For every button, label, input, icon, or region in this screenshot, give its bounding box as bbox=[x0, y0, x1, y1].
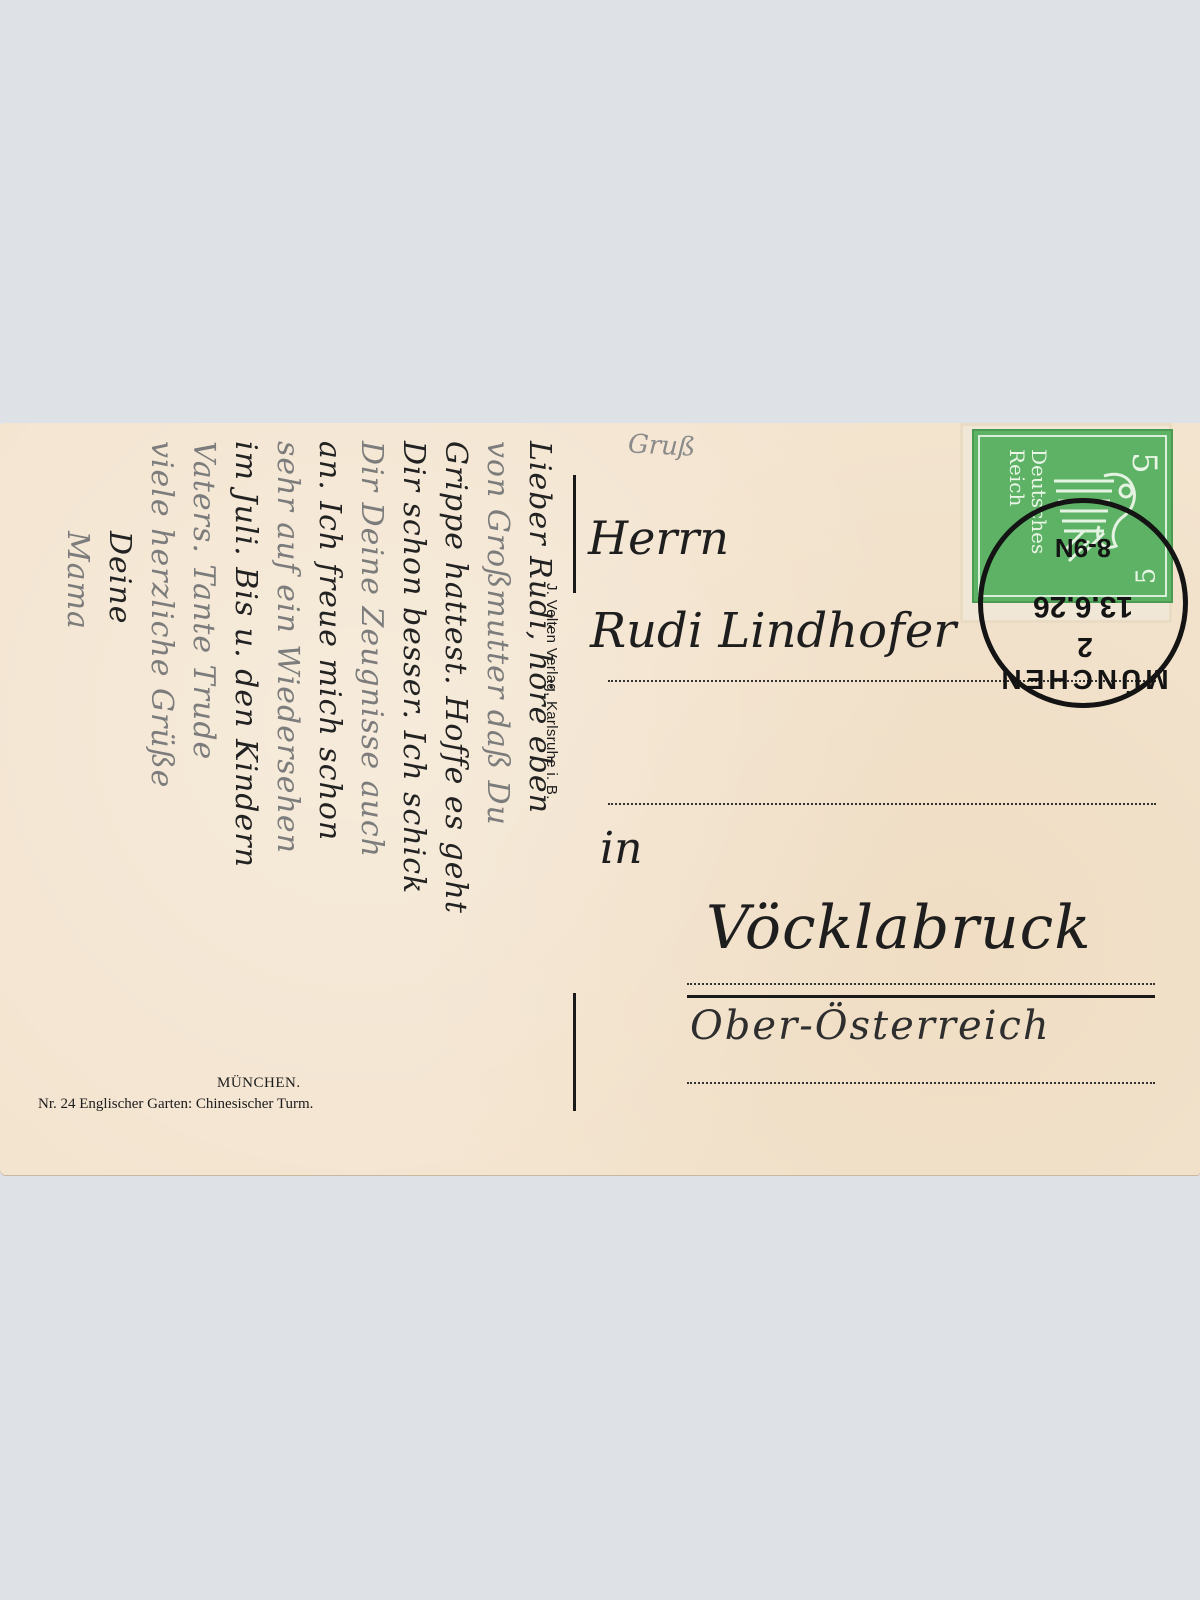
message-line: viele herzliche Grüße bbox=[140, 441, 182, 1141]
caption-title: MÜNCHEN. bbox=[217, 1075, 301, 1092]
address-region: Ober-Österreich bbox=[690, 1003, 1051, 1049]
postmark-time: 8-9N bbox=[983, 532, 1183, 563]
message-line: von Großmutter daß Du bbox=[476, 441, 518, 1141]
handwritten-message: Lieber Rudi, höre eben von Großmutter da… bbox=[56, 441, 560, 1141]
city-underline bbox=[687, 995, 1155, 998]
address-city: Vöcklabruck bbox=[706, 893, 1092, 963]
center-divider-bottom bbox=[573, 993, 576, 1111]
pencil-note: Gruß bbox=[627, 429, 696, 462]
postcard-back: J. Velten Verlag, Karlsruhe i. B. Lieber… bbox=[0, 423, 1200, 1175]
address-title: Herrn bbox=[588, 511, 729, 565]
message-line: an. Ich freue mich schon bbox=[308, 441, 350, 1141]
stamp-value: 5 bbox=[1124, 452, 1164, 474]
message-line: Dir Deine Zeugnisse auch bbox=[350, 441, 392, 1141]
address-line-4 bbox=[687, 1082, 1155, 1084]
address-preposition: in bbox=[600, 823, 642, 874]
address-name: Rudi Lindhofer bbox=[590, 603, 956, 659]
postmark-city: MÜNCHEN 2 bbox=[983, 631, 1183, 695]
caption-subtitle: Nr. 24 Englischer Garten: Chinesischer T… bbox=[38, 1096, 313, 1113]
address-line-2 bbox=[608, 803, 1156, 805]
message-line: Dir schon besser. Ich schick bbox=[392, 441, 434, 1141]
message-line: Vaters. Tante Trude bbox=[182, 441, 224, 1141]
signature-name: Mama bbox=[56, 441, 98, 1141]
message-line: sehr auf ein Wiedersehen bbox=[266, 441, 308, 1141]
center-divider-top bbox=[573, 475, 576, 593]
signature-line: Deine bbox=[98, 441, 140, 1141]
message-line: Grippe hattest. Hoffe es geht bbox=[434, 441, 476, 1141]
address-line-3 bbox=[687, 983, 1155, 985]
message-line: im Juli. Bis u. den Kindern bbox=[224, 441, 266, 1141]
message-line: Lieber Rudi, höre eben bbox=[518, 441, 560, 1141]
postmark: MÜNCHEN 2 13.6.26 8-9N bbox=[978, 498, 1188, 708]
postmark-date: 13.6.26 bbox=[983, 589, 1183, 623]
